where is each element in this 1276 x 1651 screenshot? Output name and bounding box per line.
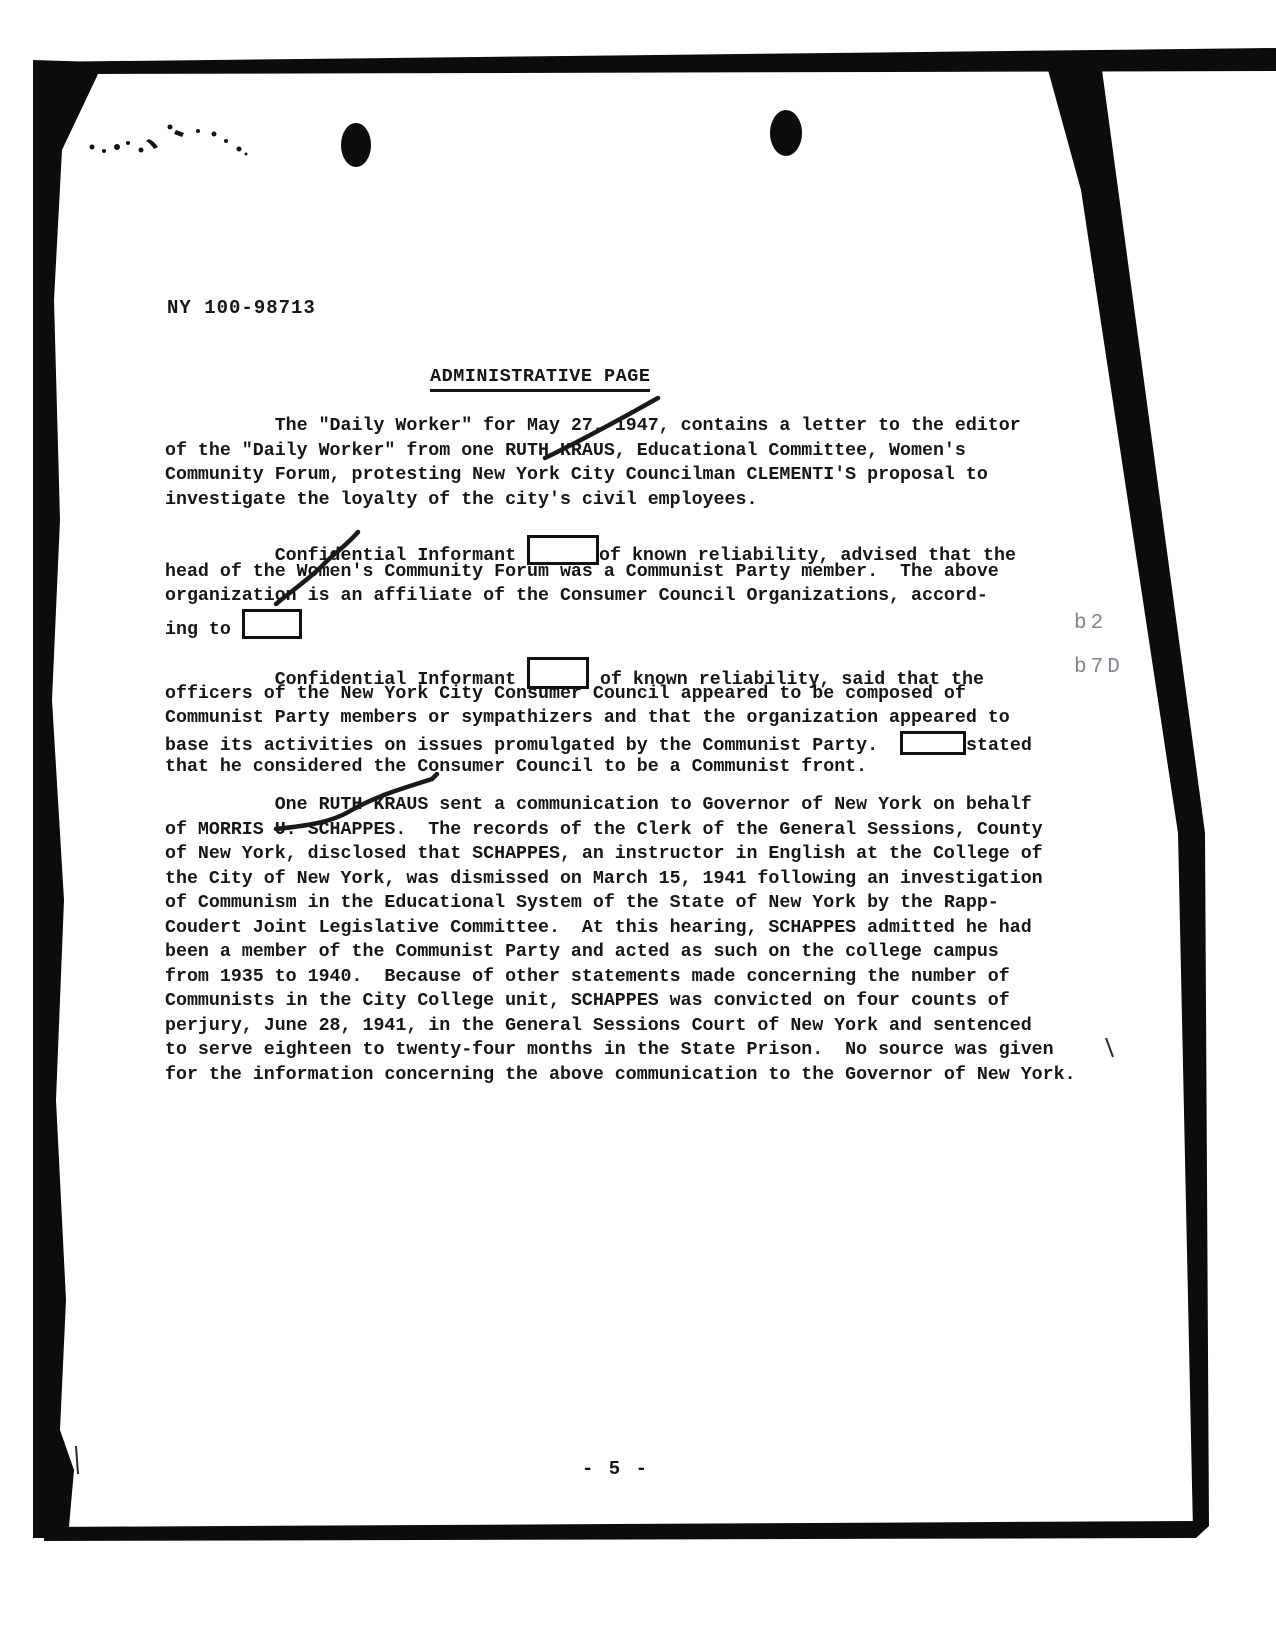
text-line: officers of the New York City Consumer C… [165, 682, 1032, 707]
text-line: from 1935 to 1940. Because of other stat… [165, 965, 1076, 990]
scanned-document-page: NY 100-98713 ADMINISTRATIVE PAGE The "Da… [0, 0, 1276, 1651]
typewritten-text: to serve eighteen to twenty-four months … [165, 1040, 1054, 1060]
page-title: ADMINISTRATIVE PAGE [430, 366, 650, 392]
typewritten-text: from 1935 to 1940. Because of other stat… [165, 967, 1010, 987]
typewritten-text: for the information concerning the above… [165, 1065, 1076, 1085]
typewritten-text: Community Forum, protesting New York Cit… [165, 465, 988, 485]
text-line: ing to [165, 609, 1016, 634]
text-line: of MORRIS U. SCHAPPES. The records of th… [165, 818, 1076, 843]
text-line: to serve eighteen to twenty-four months … [165, 1038, 1076, 1063]
document-content: NY 100-98713 ADMINISTRATIVE PAGE The "Da… [0, 0, 1276, 1651]
text-line: that he considered the Consumer Council … [165, 755, 1032, 780]
margin-annotation-b2: b2 [1074, 612, 1107, 635]
typewritten-text: been a member of the Communist Party and… [165, 942, 999, 962]
typewritten-text: investigate the loyalty of the city's ci… [165, 490, 757, 510]
typewritten-text: stated [966, 736, 1032, 756]
typewritten-text: base its activities on issues promulgate… [165, 736, 900, 756]
text-line: head of the Women's Community Forum was … [165, 560, 1016, 585]
paragraph-informant-2: Confidential Informant of known reliabil… [165, 657, 1032, 780]
text-line: for the information concerning the above… [165, 1063, 1076, 1088]
text-line: base its activities on issues promulgate… [165, 731, 1032, 756]
redaction-box [242, 609, 302, 639]
typewritten-text: head of the Women's Community Forum was … [165, 562, 999, 582]
text-line: the City of New York, was dismissed on M… [165, 867, 1076, 892]
text-line: been a member of the Communist Party and… [165, 940, 1076, 965]
text-line: of Communism in the Educational System o… [165, 891, 1076, 916]
typewritten-text: ing to [165, 620, 242, 640]
typewritten-text: Communists in the City College unit, SCH… [165, 991, 1010, 1011]
typewritten-text: of the "Daily Worker" from one RUTH KRAU… [165, 441, 966, 461]
typewritten-text: the City of New York, was dismissed on M… [165, 869, 1043, 889]
text-line: Community Forum, protesting New York Cit… [165, 463, 1021, 488]
text-line: Coudert Joint Legislative Committee. At … [165, 916, 1076, 941]
paragraph-daily-worker: The "Daily Worker" for May 27, 1947, con… [165, 414, 1021, 512]
text-line: investigate the loyalty of the city's ci… [165, 488, 1021, 513]
typewritten-text: perjury, June 28, 1941, in the General S… [165, 1016, 1032, 1036]
typewritten-text: of Communism in the Educational System o… [165, 893, 999, 913]
margin-annotation-b7d: b7D [1074, 656, 1124, 679]
file-number: NY 100-98713 [167, 297, 316, 319]
text-line: perjury, June 28, 1941, in the General S… [165, 1014, 1076, 1039]
text-line: Confidential Informant of known reliabil… [165, 535, 1016, 560]
paragraph-schappes: One RUTH KRAUS sent a communication to G… [165, 793, 1076, 1087]
typewritten-text: Coudert Joint Legislative Committee. At … [165, 918, 1032, 938]
text-line: Communists in the City College unit, SCH… [165, 989, 1076, 1014]
text-line: One RUTH KRAUS sent a communication to G… [165, 793, 1076, 818]
text-line: Communist Party members or sympathizers … [165, 706, 1032, 731]
typewritten-text: of MORRIS U. SCHAPPES. The records of th… [165, 820, 1043, 840]
typewritten-text: The "Daily Worker" for May 27, 1947, con… [165, 416, 1021, 436]
text-line: of New York, disclosed that SCHAPPES, an… [165, 842, 1076, 867]
typewritten-text: One RUTH KRAUS sent a communication to G… [165, 795, 1032, 815]
text-line: organization is an affiliate of the Cons… [165, 584, 1016, 609]
text-line: The "Daily Worker" for May 27, 1947, con… [165, 414, 1021, 439]
typewritten-text: of New York, disclosed that SCHAPPES, an… [165, 844, 1043, 864]
typewritten-text: officers of the New York City Consumer C… [165, 684, 966, 704]
typewritten-text: organization is an affiliate of the Cons… [165, 586, 988, 606]
typewritten-text: that he considered the Consumer Council … [165, 757, 867, 777]
typewritten-text: Communist Party members or sympathizers … [165, 708, 1010, 728]
text-line: Confidential Informant of known reliabil… [165, 657, 1032, 682]
text-line: of the "Daily Worker" from one RUTH KRAU… [165, 439, 1021, 464]
paragraph-informant-1: Confidential Informant of known reliabil… [165, 535, 1016, 633]
page-number: - 5 - [582, 1458, 649, 1480]
redaction-box [900, 731, 966, 755]
